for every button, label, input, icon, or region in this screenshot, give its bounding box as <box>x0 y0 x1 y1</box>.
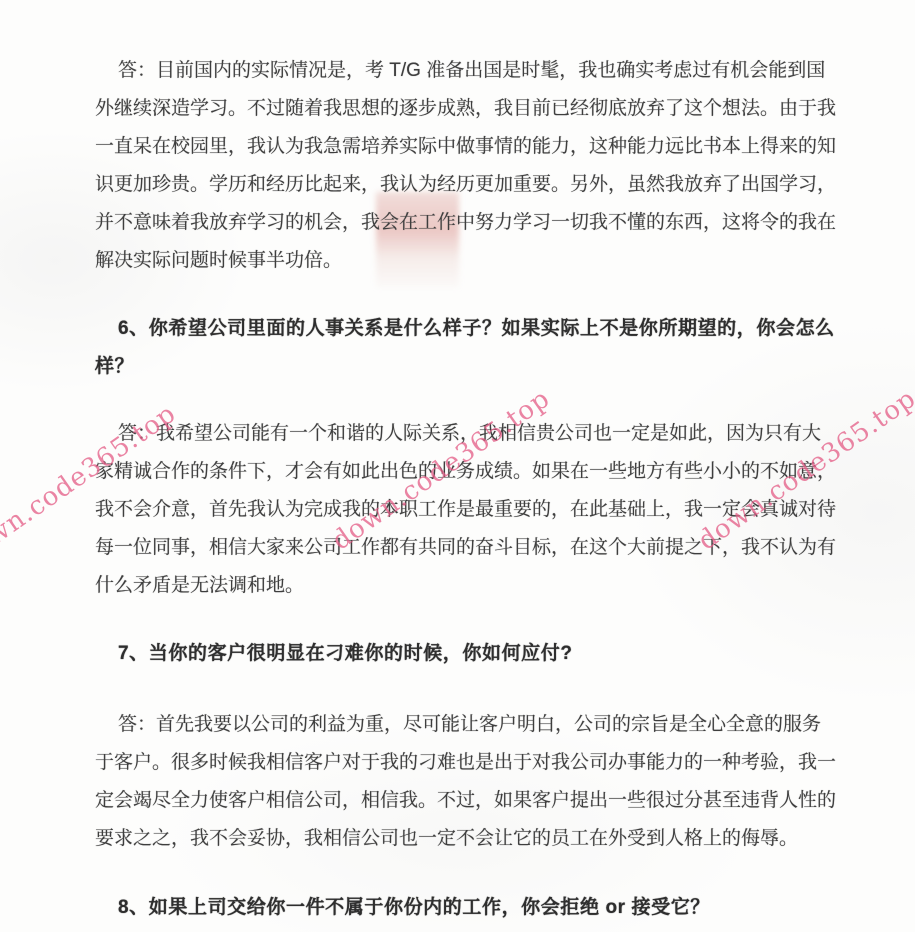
text-line: 答：我希望公司能有一个和谐的人际关系，我相信贵公司也一定是如此，因为只有大 <box>95 415 880 453</box>
text-line: 7、当你的客户很明显在刁难你的时候，你如何应付? <box>95 635 880 673</box>
text-column: 答：目前国内的实际情况是，考 T/G 准备出国是时髦，我也确实考虑过有机会能到国… <box>95 52 880 927</box>
text-line: 我不会介意，首先我认为完成我的本职工作是最重要的，在此基础上，我一定会真诚对待 <box>95 491 880 529</box>
answer-paragraph-6: 答：我希望公司能有一个和谐的人际关系，我相信贵公司也一定是如此，因为只有大家精诚… <box>95 415 880 605</box>
text-line: 一直呆在校园里，我认为我急需培养实际中做事情的能力，这种能力远比书本上得来的知 <box>95 128 880 166</box>
question-8-heading: 8、如果上司交给你一件不属于你份内的工作，你会拒绝 or 接受它？ <box>95 889 880 927</box>
text-line: 要求之之，我不会妥协，我相信公司也一定不会让它的员工在外受到人格上的侮辱。 <box>95 820 880 858</box>
text-line: 8、如果上司交给你一件不属于你份内的工作，你会拒绝 or 接受它？ <box>95 889 880 927</box>
text-line: 并不意味着我放弃学习的机会，我会在工作中努力学习一切我不懂的东西，这将令的我在 <box>95 204 880 242</box>
text-line: 答：首先我要以公司的利益为重，尽可能让客户明白，公司的宗旨是全心全意的服务 <box>95 706 880 744</box>
text-line: 外继续深造学习。不过随着我思想的逐步成熟，我目前已经彻底放弃了这个想法。由于我 <box>95 90 880 128</box>
text-line: 于客户。很多时候我相信客户对于我的刁难也是出于对我公司办事能力的一种考验，我一 <box>95 744 880 782</box>
text-line: 什么矛盾是无法调和地。 <box>95 567 880 605</box>
text-line: 6、你希望公司里面的人事关系是什么样子？如果实际上不是你所期望的，你会怎么 <box>95 310 880 348</box>
answer-paragraph-5: 答：目前国内的实际情况是，考 T/G 准备出国是时髦，我也确实考虑过有机会能到国… <box>95 52 880 280</box>
text-line: 答：目前国内的实际情况是，考 T/G 准备出国是时髦，我也确实考虑过有机会能到国 <box>95 52 880 90</box>
text-line: 每一位同事，相信大家来公司工作都有共同的奋斗目标，在这个大前提之下，我不认为有 <box>95 529 880 567</box>
question-6-heading: 6、你希望公司里面的人事关系是什么样子？如果实际上不是你所期望的，你会怎么样？ <box>95 310 880 386</box>
text-line: 定会竭尽全力使客户相信公司，相信我。不过，如果客户提出一些很过分甚至违背人性的 <box>95 782 880 820</box>
answer-paragraph-7: 答：首先我要以公司的利益为重，尽可能让客户明白，公司的宗旨是全心全意的服务于客户… <box>95 706 880 858</box>
document-page: 答：目前国内的实际情况是，考 T/G 准备出国是时髦，我也确实考虑过有机会能到国… <box>0 0 915 932</box>
text-line: 解决实际问题时候事半功倍。 <box>95 242 880 280</box>
text-line: 样？ <box>95 348 880 386</box>
text-line: 家精诚合作的条件下，才会有如此出色的业务成绩。如果在一些地方有些小小的不如意， <box>95 453 880 491</box>
text-line: 识更加珍贵。学历和经历比起来，我认为经历更加重要。另外，虽然我放弃了出国学习， <box>95 166 880 204</box>
question-7-heading: 7、当你的客户很明显在刁难你的时候，你如何应付? <box>95 635 880 673</box>
